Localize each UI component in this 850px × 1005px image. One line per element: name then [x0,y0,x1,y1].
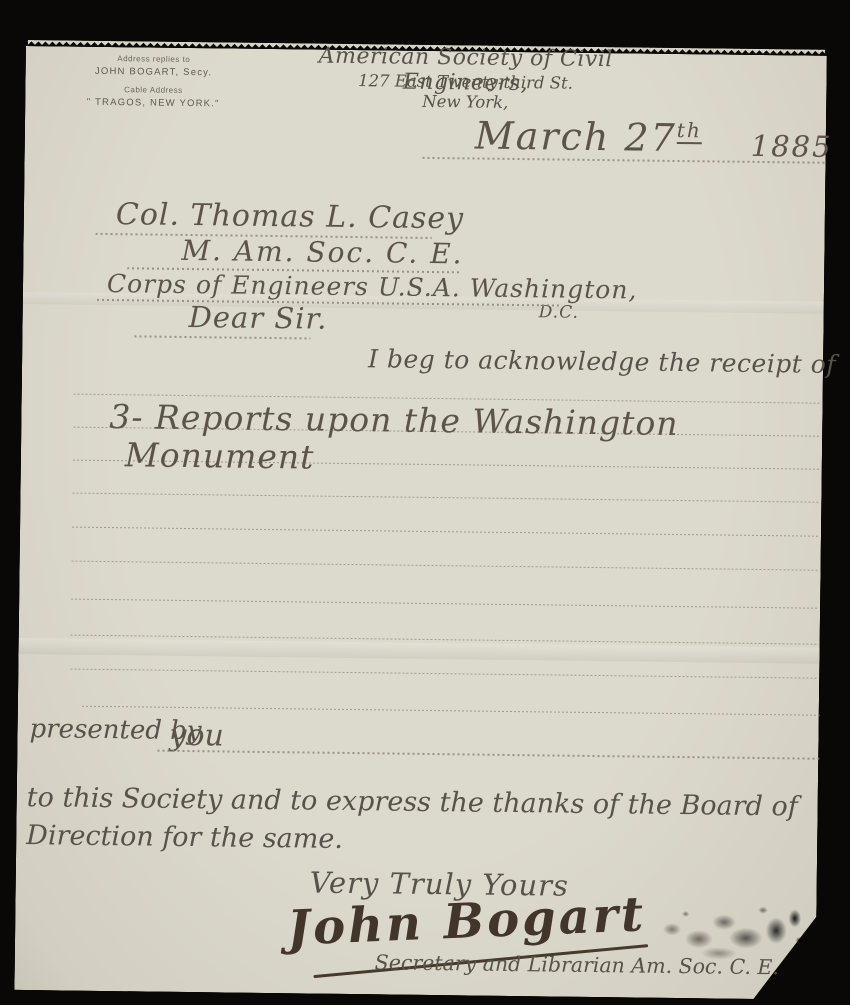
ruled-line [72,493,820,503]
photograph-stage: Address replies to JOHN BOGART, Secy. Ca… [0,0,850,1005]
ruled-line [82,706,820,716]
printed-closing-line1: to this Society and to express the thank… [27,782,798,822]
date-ordinal: th [677,118,702,144]
printed-closing-line2: Direction for the same. [26,820,343,855]
ruled-line [72,561,820,571]
letter-content: Address replies to JOHN BOGART, Secy. Ca… [14,40,827,1000]
printed-intro-line: I beg to acknowledge the receipt of [368,344,836,379]
organization-city: New York, [305,90,625,113]
handwritten-presented-by: you [169,718,224,754]
presented-by-rule [157,750,819,760]
reply-address-block: Address replies to JOHN BOGART, Secy. Ca… [63,52,244,110]
letter-paper: Address replies to JOHN BOGART, Secy. Ca… [14,40,827,1000]
salutation: Dear Sir. [188,300,327,336]
ruled-line [70,669,818,679]
salutation-rule [134,335,310,339]
date-month-day: March 27 [475,113,677,159]
date-handwritten: March 27th [475,113,702,160]
ruled-line [71,599,819,609]
date-year: 1885 [751,129,833,164]
cable-address: " TRAGOS, NEW YORK." [63,95,243,110]
ruled-line [71,635,819,645]
recipient-name: Col. Thomas L. Casey [116,197,465,236]
recipient-membership: M. Am. Soc. C. E. [181,234,464,270]
ink-smudge [645,892,814,972]
handwritten-item-line2: Monument [125,435,315,476]
ruled-line [72,527,820,537]
